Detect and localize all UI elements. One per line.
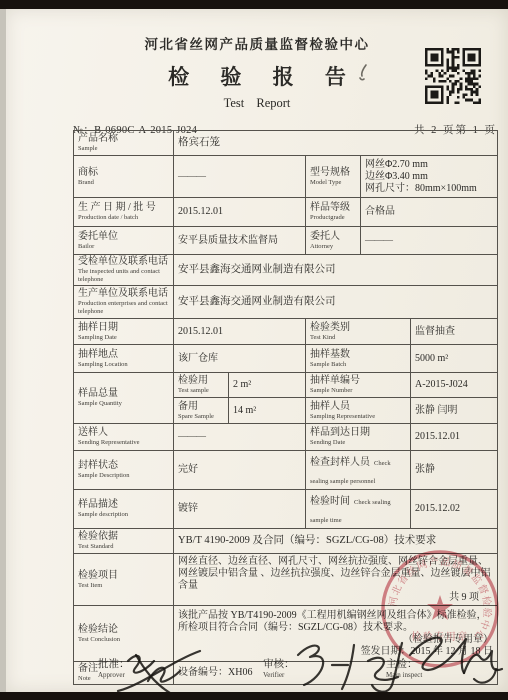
model-type-label: 型号规格Model Type (306, 156, 361, 198)
table-row: 抽样地点Sampling Location 该厂仓库 抽样基数Sample Ba… (74, 345, 498, 373)
brand-value: ——— (174, 156, 306, 198)
attorney-value: ——— (361, 227, 498, 255)
production-unit-value: 安平县鑫海交通网业制造有限公司 (174, 286, 498, 319)
table-row: 送样人Sending Representative ——— 样品到达日期Send… (74, 424, 498, 451)
check-seal-value: 张静 (411, 451, 498, 490)
product-name-label: 产品名称Sample (74, 131, 174, 156)
approver-signature (114, 647, 224, 692)
sampling-location-label: 抽样地点Sampling Location (74, 345, 174, 373)
test-time-value: 2015.12.02 (411, 490, 498, 529)
seal-status-value: 完好 (174, 451, 306, 490)
test-sample-label: 检验用Test sample (174, 373, 229, 398)
bailor-label: 委托单位Bailor (74, 227, 174, 255)
table-row: 生产单位及联系电话Production enterprises and cont… (74, 286, 498, 319)
scanned-report-page: 河北省丝网产品质量监督检验中心 检 验 报 告 Test Report №：B-… (0, 0, 508, 700)
sample-desc-value: 镀锌 (174, 490, 306, 529)
table-row: 商标Brand ——— 型号规格Model Type 网丝Φ2.70 mm 边丝… (74, 156, 498, 198)
inspected-unit-value: 安平县鑫海交通网业制造有限公司 (174, 255, 498, 286)
sampling-rep-label: 抽样人员Sampling Representative (306, 398, 411, 424)
production-unit-label: 生产单位及联系电话Production enterprises and cont… (74, 286, 174, 319)
product-name-value: 格宾石笼 (174, 131, 498, 156)
sender-label: 送样人Sending Representative (74, 424, 174, 451)
brand-label: 商标Brand (74, 156, 174, 198)
check-seal-label: 检查封样人员 Check sealing sample personnel (306, 451, 411, 490)
attorney-label: 委托人Attorney (306, 227, 361, 255)
model-type-value: 网丝Φ2.70 mm 边丝Φ3.40 mm 网孔尺寸：80mm×100mm (361, 156, 498, 198)
sample-desc-label: 样品描述Sample description (74, 490, 174, 529)
inspected-unit-label: 受检单位及联系电话The inspected units and contact… (74, 255, 174, 286)
table-row: 封样状态Sample Description 完好 检查封样人员 Check s… (74, 451, 498, 490)
table-row: 产品名称Sample 格宾石笼 (74, 131, 498, 156)
test-kind-value: 监督抽查 (411, 319, 498, 345)
product-grade-value: 合格品 (361, 198, 498, 227)
production-date-value: 2015.12.01 (174, 198, 306, 227)
main-inspector-signature (402, 629, 508, 692)
test-standard-label: 检验依据Test Standard (74, 529, 174, 554)
arrival-date-value: 2015.12.01 (411, 424, 498, 451)
test-time-label: 检验时间 Check sealing sample time (306, 490, 411, 529)
verifier-signature (282, 635, 414, 692)
sampling-date-label: 抽样日期Sampling Date (74, 319, 174, 345)
sample-batch-label: 抽样基数Sample Batch (306, 345, 411, 373)
seal-status-label: 封样状态Sample Description (74, 451, 174, 490)
product-grade-label: 样品等级Productgrade (306, 198, 361, 227)
bailor-value: 安平县质量技术监督局 (174, 227, 306, 255)
table-row: 委托单位Bailor 安平县质量技术监督局 委托人Attorney ——— (74, 227, 498, 255)
sender-value: ——— (174, 424, 306, 451)
table-row: 抽样日期Sampling Date 2015.12.01 检验类别Test Ki… (74, 319, 498, 345)
seal-star-icon (427, 595, 453, 620)
table-row: 样品描述Sample description 镀锌 检验时间 Check sea… (74, 490, 498, 529)
test-sample-value: 2 m² (229, 373, 306, 398)
test-item-label: 检验项目Test Item (74, 554, 174, 606)
scan-edge-bottom (0, 692, 508, 700)
scan-edge-top (0, 0, 508, 9)
sampling-date-value: 2015.12.01 (174, 319, 306, 345)
table-row: 样品总量Sample Quantity 检验用Test sample 2 m² … (74, 373, 498, 398)
sampling-location-value: 该厂仓库 (174, 345, 306, 373)
qr-code-icon (425, 48, 481, 104)
sample-batch-value: 5000 m² (411, 345, 498, 373)
handwritten-check-mark (350, 61, 372, 87)
table-row: 受检单位及联系电话The inspected units and contact… (74, 255, 498, 286)
report-paper: 河北省丝网产品质量监督检验中心 检 验 报 告 Test Report №：B-… (6, 9, 508, 692)
test-kind-label: 检验类别Test Kind (306, 319, 411, 345)
table-row: 生 产 日 期 / 批 号Production date / batch 201… (74, 198, 498, 227)
sample-number-label: 抽样单编号Sample Number (306, 373, 411, 398)
sample-number-value: A-2015-J024 (411, 373, 498, 398)
sampling-rep-value: 张静 闫明 (411, 398, 498, 424)
arrival-date-label: 样品到达日期Sending Date (306, 424, 411, 451)
sample-quantity-label: 样品总量Sample Quantity (74, 373, 174, 424)
spare-sample-value: 14 m² (229, 398, 306, 424)
production-date-label: 生 产 日 期 / 批 号Production date / batch (74, 198, 174, 227)
spare-sample-label: 备用Spare Sample (174, 398, 229, 424)
